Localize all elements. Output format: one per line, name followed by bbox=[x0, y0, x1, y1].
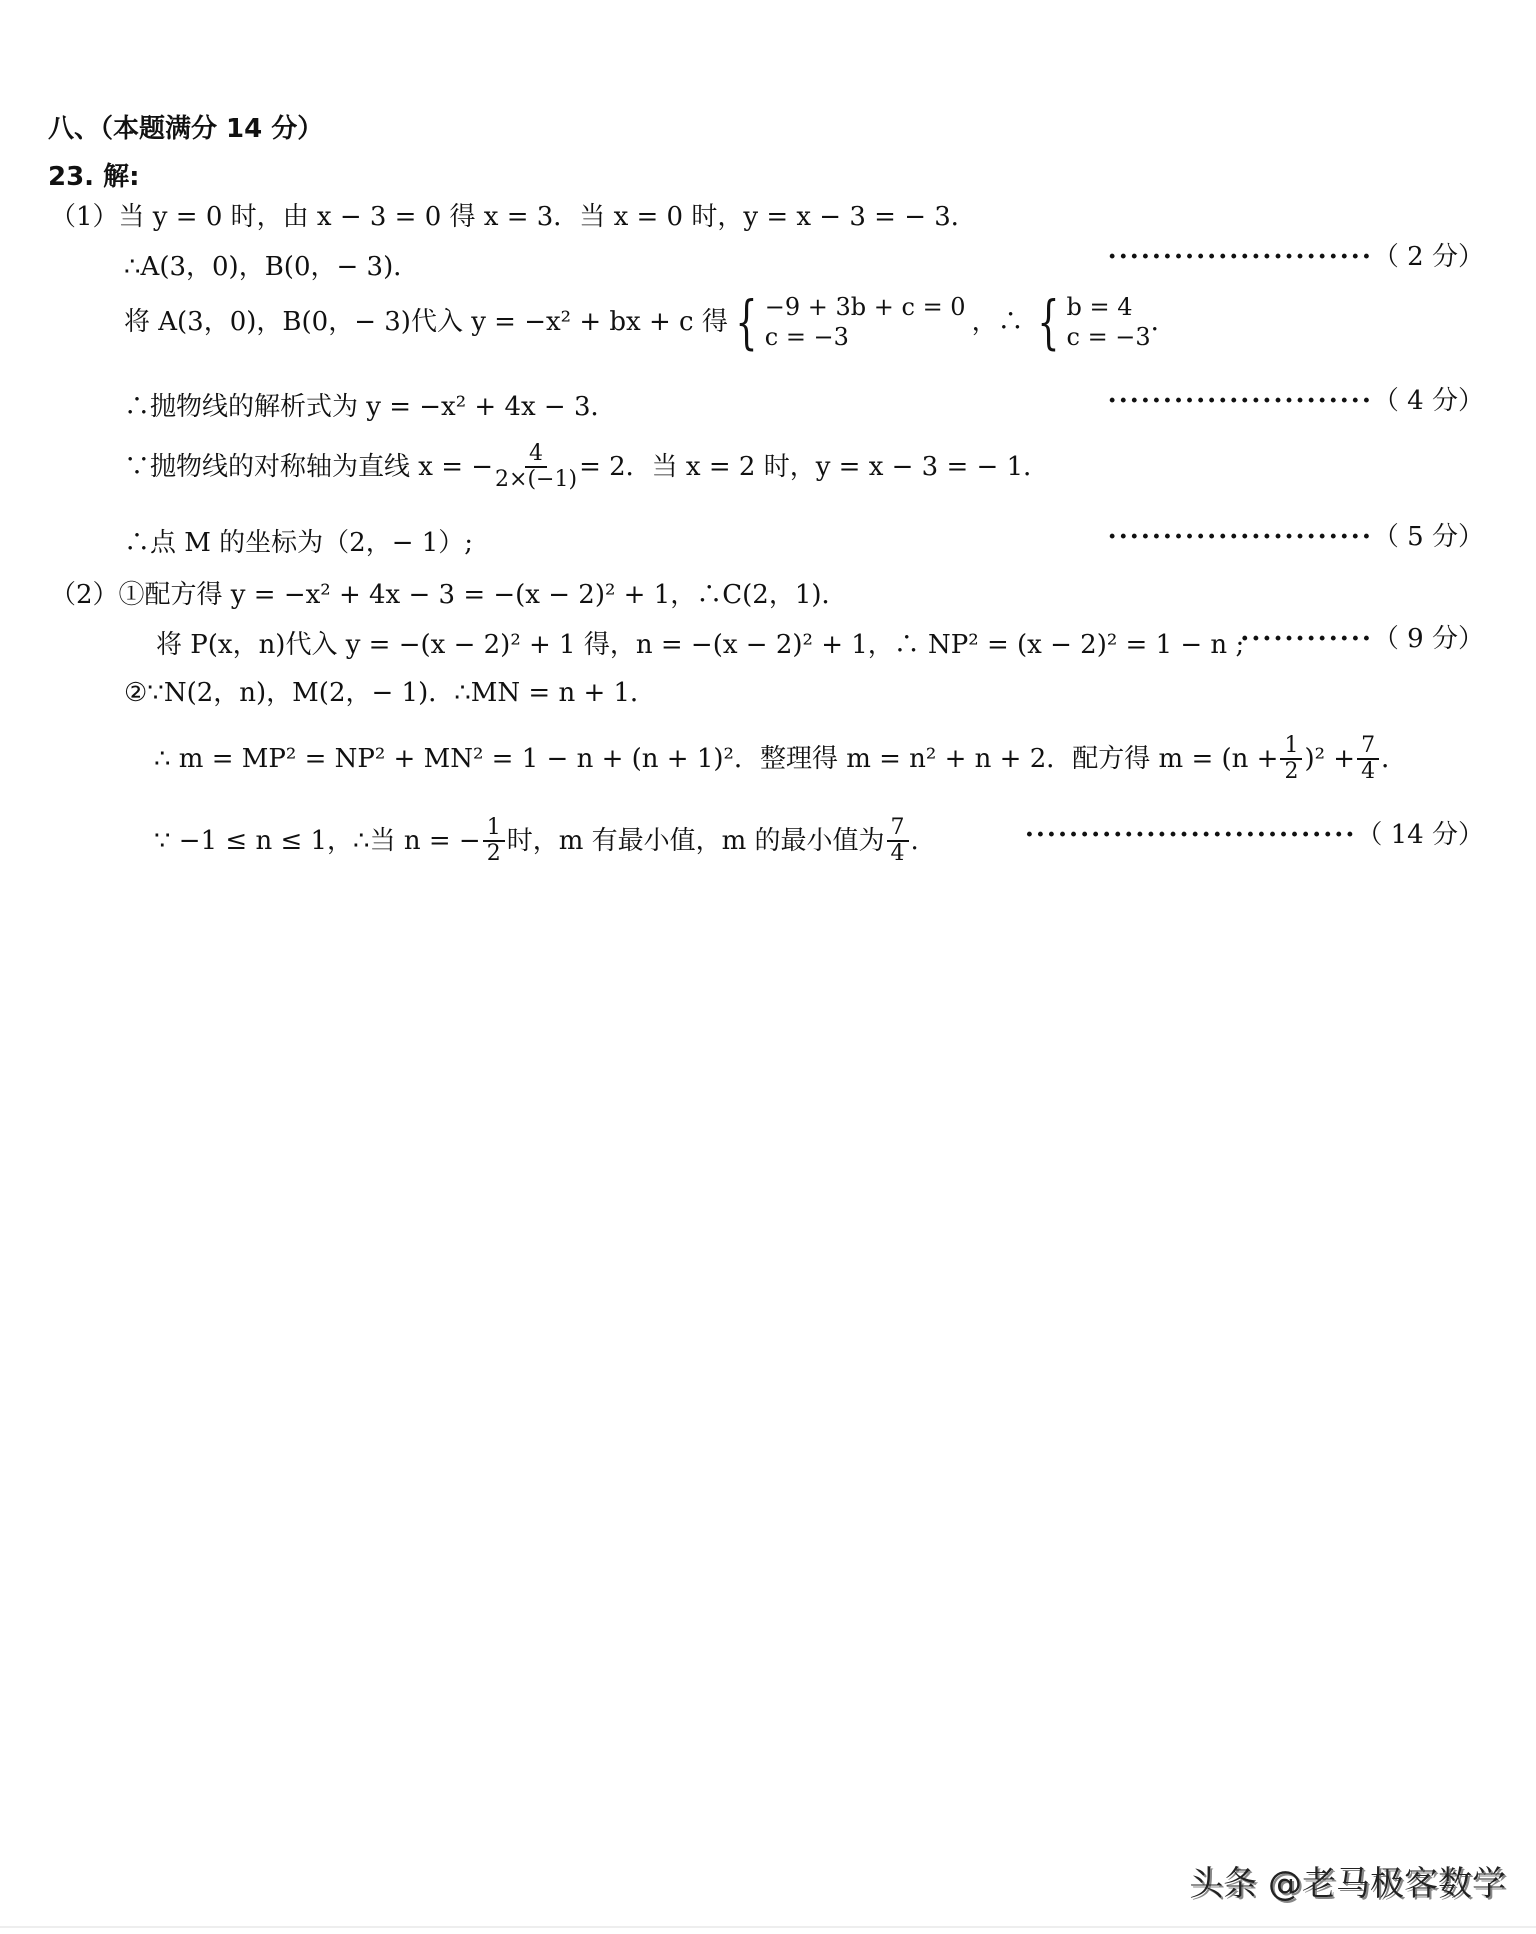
part2-line1: （2）①配方得 y = −x² + 4x − 3 = −(x − 2)² + 1… bbox=[50, 578, 848, 612]
fraction-denominator: 4 bbox=[891, 842, 905, 866]
score-label: （ 5 分） bbox=[1373, 520, 1484, 554]
square-plus-text: )² + bbox=[1304, 742, 1355, 776]
score-leader-dots: ························ bbox=[1108, 384, 1373, 418]
score-4: ························ （ 4 分） bbox=[1108, 384, 1484, 418]
score-label: （ 4 分） bbox=[1373, 384, 1484, 418]
axis-result-text: = 2．当 x = 2 时，y = x − 3 = − 1． bbox=[579, 450, 1049, 484]
problem-label: 23. 解: bbox=[48, 160, 140, 194]
system1-eq2: c = −3 bbox=[765, 322, 966, 352]
system2-eq1: b = 4 bbox=[1067, 292, 1151, 322]
part2-line1-text: ①配方得 y = −x² + 4x − 3 = −(x − 2)² + 1，∴C… bbox=[119, 580, 848, 610]
score-label: （ 9 分） bbox=[1373, 622, 1484, 656]
fraction-numerator: 7 bbox=[1357, 734, 1379, 760]
fraction-denominator: 2×(−1) bbox=[495, 468, 577, 492]
fraction: 1 2 bbox=[483, 816, 505, 866]
fraction-numerator: 1 bbox=[1280, 734, 1302, 760]
score-5: ························ （ 5 分） bbox=[1108, 520, 1484, 554]
part1-line6: ∴点 M 的坐标为（2，− 1）; bbox=[124, 526, 473, 560]
part1-line1: （1）当 y = 0 时，由 x − 3 = 0 得 x = 3．当 x = 0… bbox=[50, 200, 977, 234]
score-leader-dots: ············ bbox=[1240, 622, 1373, 656]
minimum-text: 时，m 有最小值，m 的最小值为 bbox=[507, 824, 885, 858]
fraction: 7 4 bbox=[1357, 734, 1379, 784]
fraction: 4 2×(−1) bbox=[495, 442, 577, 492]
system1-eq1: −9 + 3b + c = 0 bbox=[765, 292, 966, 322]
part2-line4: ∴ m = MP² = NP² + MN² = 1 − n + (n + 1)²… bbox=[154, 734, 1407, 784]
fraction-denominator: 2 bbox=[1284, 760, 1298, 784]
distance-text: ∴ m = MP² = NP² + MN² = 1 − n + (n + 1)²… bbox=[154, 742, 1278, 776]
substitution-text: 将 A(3，0)，B(0，− 3)代入 y = −x² + bx + c 得 bbox=[124, 305, 728, 339]
bottom-divider bbox=[0, 1926, 1536, 1928]
range-text: ∵ −1 ≤ n ≤ 1，∴当 n = − bbox=[154, 824, 481, 858]
fraction-denominator: 2 bbox=[487, 842, 501, 866]
part2-line2: 将 P(x，n)代入 y = −(x − 2)² + 1 得，n = −(x −… bbox=[156, 628, 1244, 662]
part1-line2: ∴A(3，0)，B(0，− 3)． bbox=[124, 250, 419, 284]
score-label: （ 14 分） bbox=[1356, 818, 1484, 852]
left-brace-icon: { bbox=[735, 292, 757, 352]
fraction-numerator: 7 bbox=[887, 816, 909, 842]
part2-line3: ②∵N(2，n)，M(2，− 1)．∴MN = n + 1． bbox=[124, 676, 656, 710]
score-2: ························ （ 2 分） bbox=[1108, 240, 1484, 274]
score-9: ············ （ 9 分） bbox=[1240, 622, 1484, 656]
part1-line1-text: 当 y = 0 时，由 x − 3 = 0 得 x = 3．当 x = 0 时，… bbox=[119, 202, 977, 232]
therefore-symbol: ，∴ bbox=[972, 305, 1024, 339]
part1-line5: ∵抛物线的对称轴为直线 x = − 4 2×(−1) = 2．当 x = 2 时… bbox=[124, 442, 1049, 492]
part2-label: （2） bbox=[50, 580, 119, 610]
part2-line5: ∵ −1 ≤ n ≤ 1，∴当 n = − 1 2 时，m 有最小值，m 的最小… bbox=[154, 816, 919, 866]
part1-line4: ∴抛物线的解析式为 y = −x² + 4x − 3． bbox=[124, 390, 617, 424]
watermark: 头条 @老马极客数学 bbox=[1189, 1856, 1506, 1905]
score-leader-dots: ························ bbox=[1108, 240, 1373, 274]
part1-line3: 将 A(3，0)，B(0，− 3)代入 y = −x² + bx + c 得 {… bbox=[124, 292, 1177, 352]
equation-system-2: { b = 4 c = −3 bbox=[1030, 292, 1151, 352]
left-brace-icon: { bbox=[1037, 292, 1059, 352]
fraction: 7 4 bbox=[887, 816, 909, 866]
score-14: ······························ （ 14 分） bbox=[1025, 818, 1484, 852]
fraction: 1 2 bbox=[1280, 734, 1302, 784]
period: ． bbox=[1381, 742, 1407, 776]
system2-eq2: c = −3 bbox=[1067, 322, 1151, 352]
score-leader-dots: ······························ bbox=[1025, 818, 1357, 852]
fraction-numerator: 1 bbox=[483, 816, 505, 842]
section-heading: 八、（本题满分 14 分） bbox=[48, 112, 323, 146]
axis-text: ∵抛物线的对称轴为直线 x = − bbox=[124, 450, 493, 484]
equation-system-1: { −9 + 3b + c = 0 c = −3 bbox=[728, 292, 966, 352]
fraction-denominator: 4 bbox=[1361, 760, 1375, 784]
fraction-numerator: 4 bbox=[525, 442, 547, 468]
score-label: （ 2 分） bbox=[1373, 240, 1484, 274]
part1-label: （1） bbox=[50, 202, 119, 232]
score-leader-dots: ························ bbox=[1108, 520, 1373, 554]
period: . bbox=[911, 824, 919, 858]
